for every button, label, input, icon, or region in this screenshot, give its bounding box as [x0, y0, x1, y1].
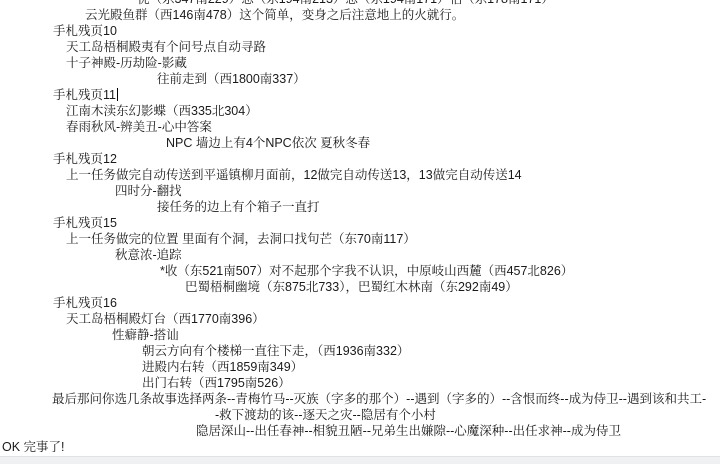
text-line: NPC 墙边上有4个NPC依次 夏秋冬春: [0, 135, 720, 151]
text-line: 隐居深山--出任春神--相貌丑陋--兄弟生出嫌隙--心魔深种--出任求神--成为…: [0, 423, 720, 439]
text-line: 手札残页12: [0, 151, 720, 167]
text-line: 最后那问你选几条故事选择两条--青梅竹马--灭族（字多的那个）--遇到（字多的）…: [0, 391, 720, 407]
text-line: 手札残页16: [0, 295, 720, 311]
text-line: 巴蜀梧桐幽境（东875北733），巴蜀红木林南（东292南49）: [0, 279, 720, 295]
text-line: OK 完事了!: [0, 439, 720, 455]
text-line: 接任务的边上有个箱子一直打: [0, 199, 720, 215]
text-line: 十子神殿-历劫险-影藏: [0, 55, 720, 71]
text-line: 云光殿鱼群（西146南478）这个简单，变身之后注意地上的火就行。: [0, 7, 720, 23]
text-line: 四时分-翻找: [0, 183, 720, 199]
text-line: 往前走到（西1800南337）: [0, 71, 720, 87]
text-line: 上一任务做完的位置 里面有个洞，去洞口找句芒（东70南117）: [0, 231, 720, 247]
text-line: 手札残页15: [0, 215, 720, 231]
text-line: 上一任务做完自动传送到平遥镇柳月面前，12做完自动传送13，13做完自动传送14: [0, 167, 720, 183]
text-line: 出门右转（西1795南526）: [0, 375, 720, 391]
text-line: 朝云方向有个楼梯一直往下走，（西1936南332）: [0, 343, 720, 359]
text-line: 优（东347南229）怒（东194南213）怒（东194南171）怕（东178南…: [0, 0, 720, 7]
text-line: 天工岛梧桐殿夷有个问号点自动寻路: [0, 39, 720, 55]
text-line: 手札残页10: [0, 23, 720, 39]
text-line: 天工岛梧桐殿灯台（西1770南396）: [0, 311, 720, 327]
notepad-window: 优（东347南229）怒（东194南213）怒（东194南171）怕（东178南…: [0, 0, 720, 464]
text-lines-container: 优（东347南229）怒（东194南213）怒（东194南171）怕（东178南…: [0, 0, 720, 455]
text-line: 春雨秋风-辨美丑-心中答案: [0, 119, 720, 135]
text-line: 手札残页11: [0, 87, 720, 103]
text-cursor: [117, 88, 118, 101]
text-line: 秋意浓-追踪: [0, 247, 720, 263]
text-line: 进殿内右转（西1859南349）: [0, 359, 720, 375]
horizontal-scrollbar-track[interactable]: [0, 456, 720, 464]
text-line: *收（东521南507）对不起那个字我不认识，中原岐山西麓（西457北826）: [0, 263, 720, 279]
text-line: 性癖静-搭讪: [0, 327, 720, 343]
text-line: 江南木渎东幻影蝶（西335北304）: [0, 103, 720, 119]
text-line: -救下渡劫的该--逐天之灾--隐居有个小村: [0, 407, 720, 423]
text-editor[interactable]: 优（东347南229）怒（东194南213）怒（东194南171）怕（东178南…: [0, 0, 720, 456]
